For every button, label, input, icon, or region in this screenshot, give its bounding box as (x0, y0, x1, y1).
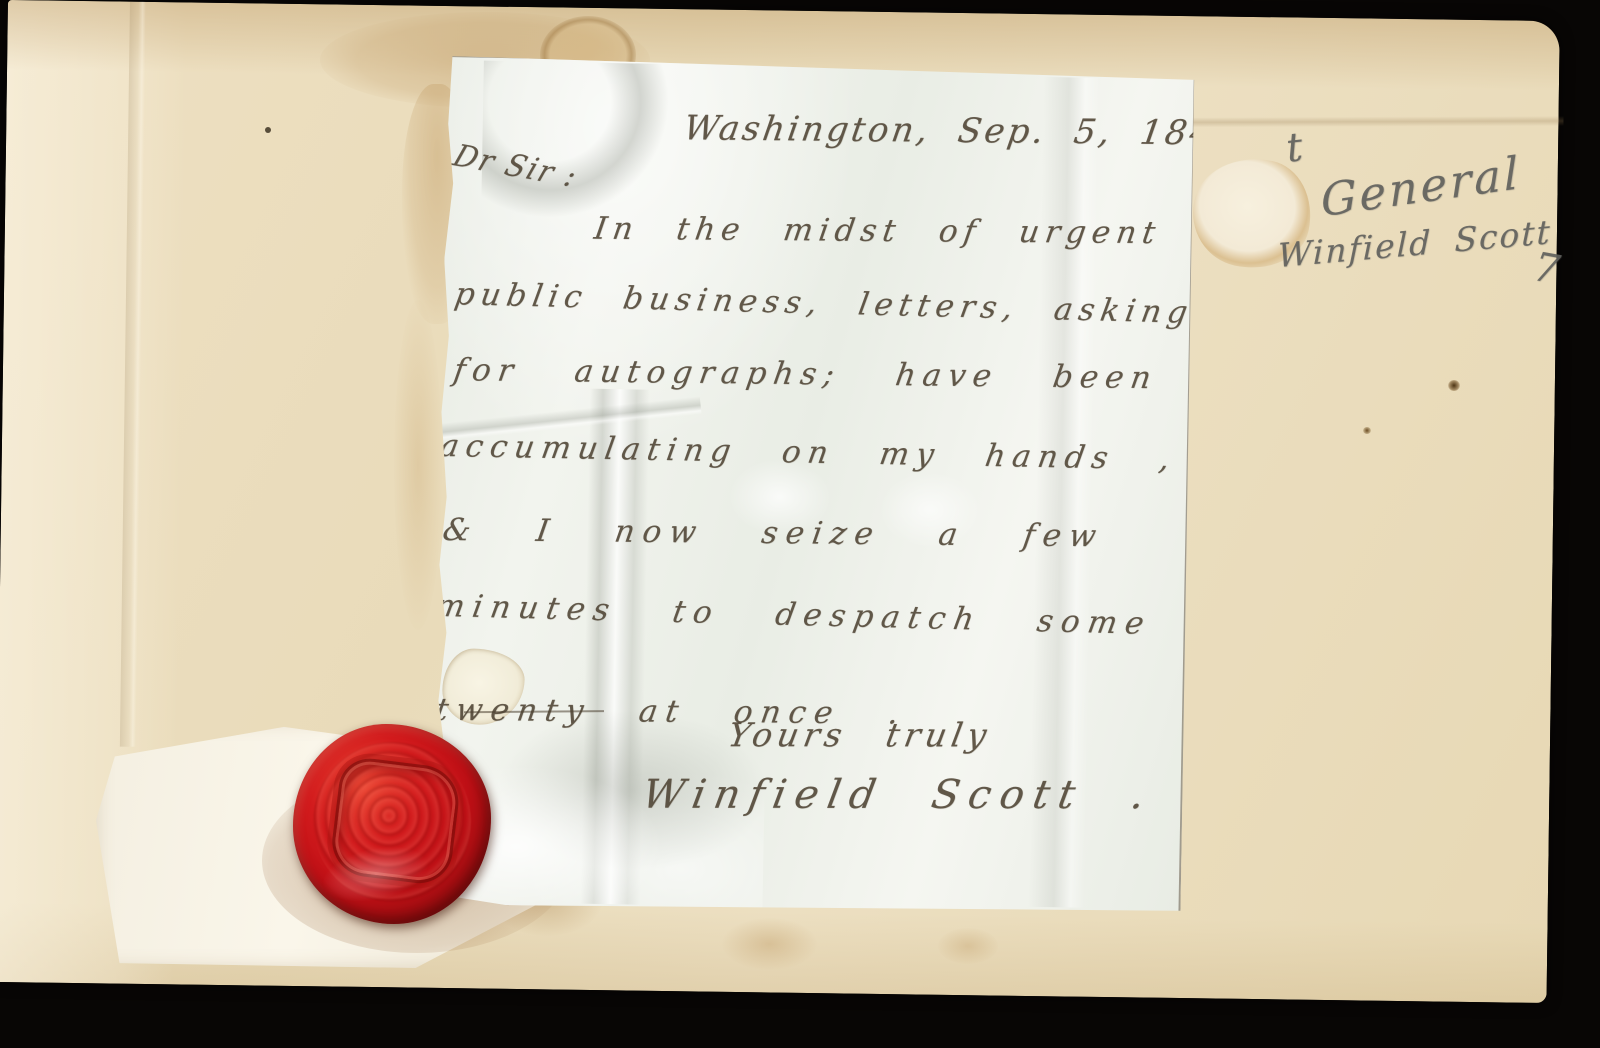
letter-body-line: In the midst of urgent (592, 211, 1164, 251)
letter-scan: Washington, Sep. 5, 1842. Dr Sir : In th… (0, 0, 1600, 1048)
paper-fold (481, 61, 674, 224)
red-wax-seal (293, 724, 491, 924)
letter-closing: Yours truly (725, 715, 994, 754)
letter-dateline: Washington, Sep. 5, 1842. (681, 108, 1256, 153)
letter-body-line: & I now seize a few (440, 512, 1106, 554)
letter-signature: Winfield Scott . (639, 772, 1158, 818)
letter-body-line: for autographs; have been (451, 352, 1160, 396)
page-crease-horizontal (1191, 116, 1563, 127)
letter-paper: Washington, Sep. 5, 1842. Dr Sir : In th… (432, 56, 1195, 918)
page-crease-vertical (120, 2, 146, 747)
